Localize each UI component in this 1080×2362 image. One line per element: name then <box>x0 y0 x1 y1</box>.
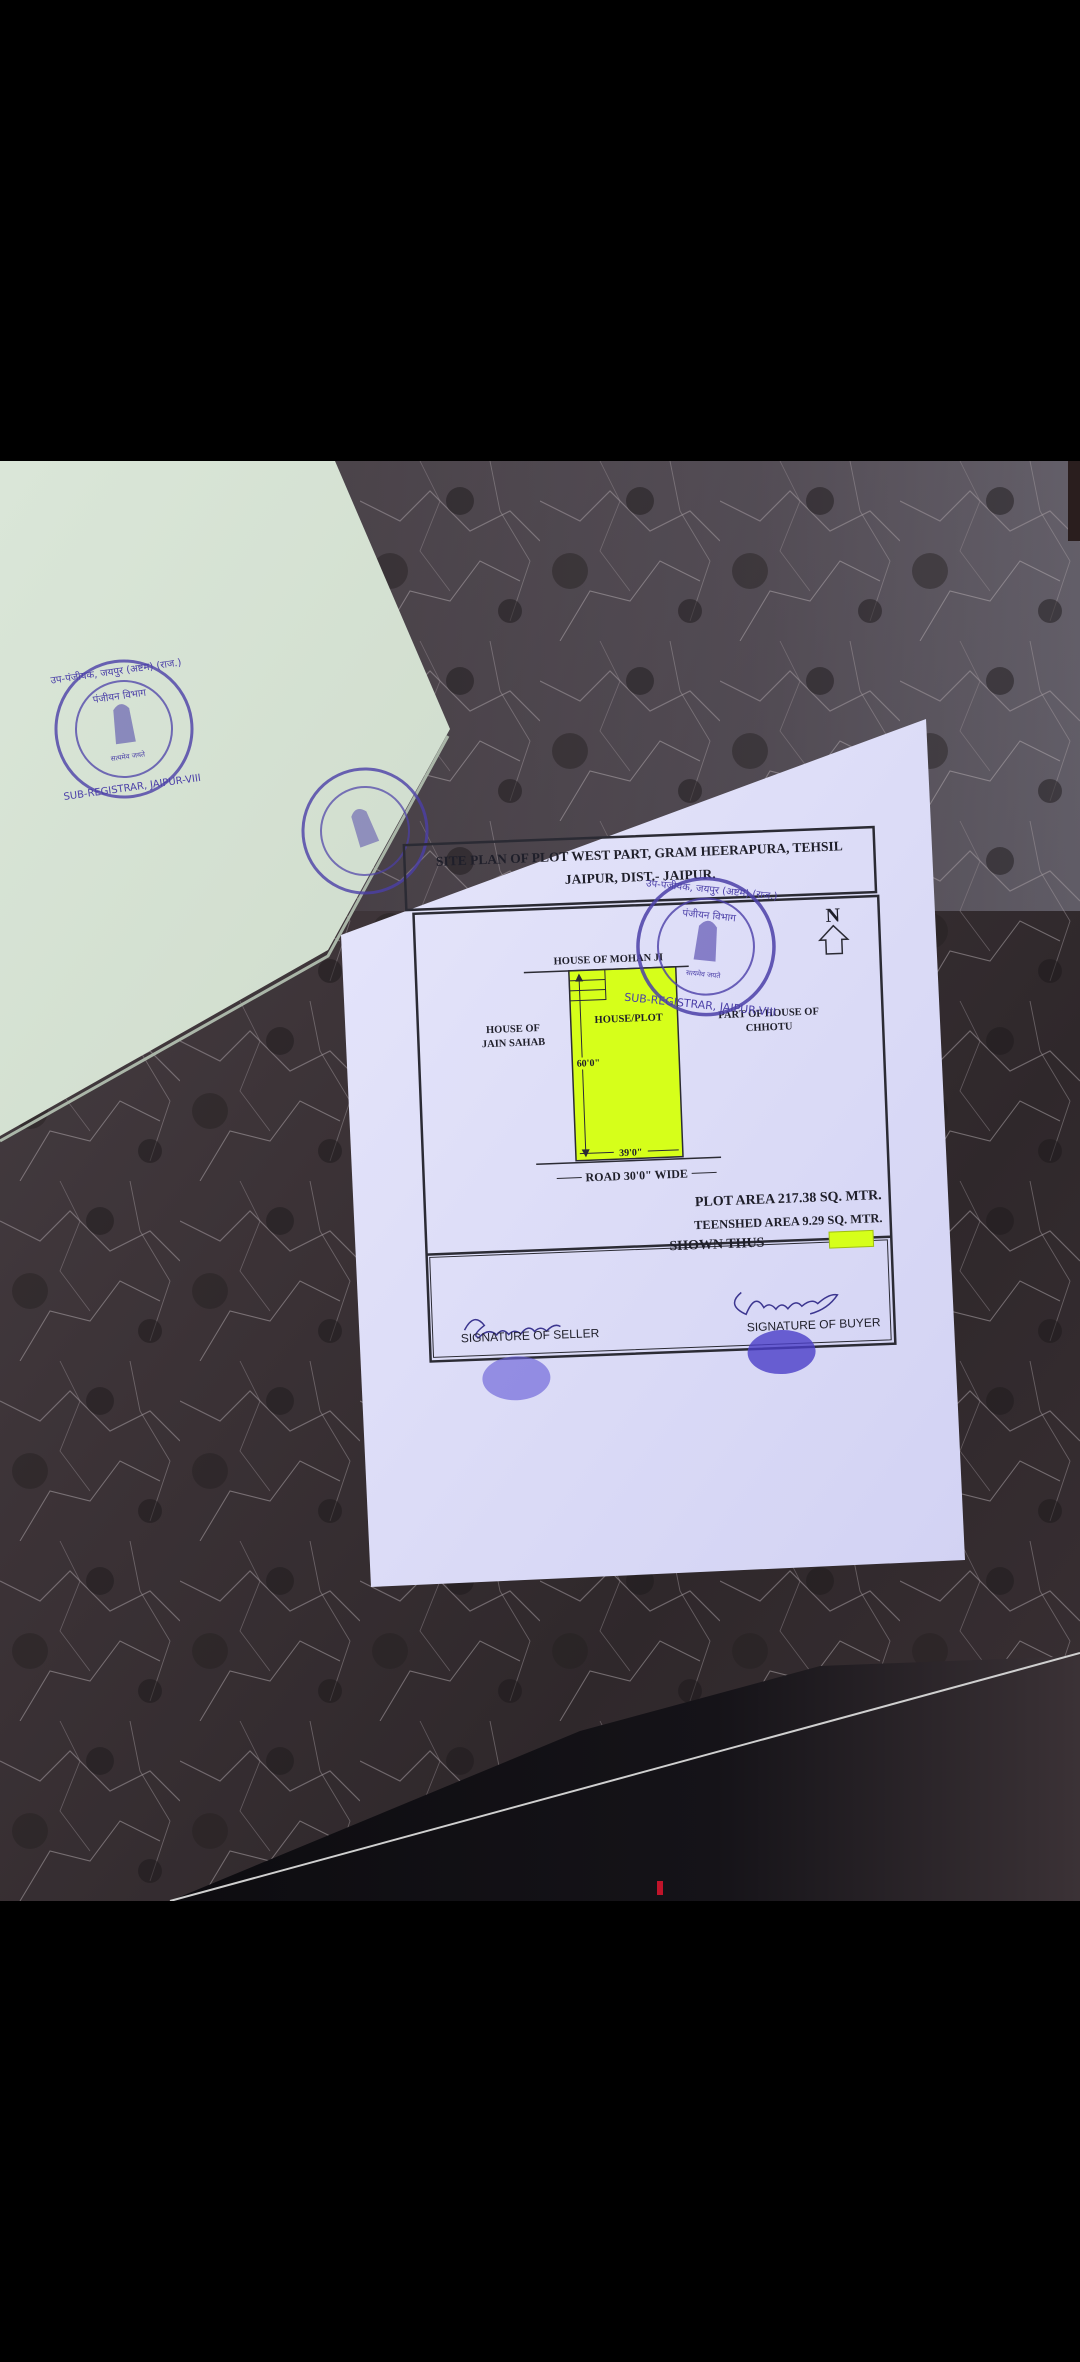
svg-text:HOUSE OF: HOUSE OF <box>486 1023 540 1036</box>
svg-text:CHHOTU: CHHOTU <box>746 1021 793 1034</box>
depth-dimension: 60'0" <box>577 1058 601 1070</box>
legend-swatch <box>829 1230 874 1248</box>
width-dimension: 39'0" <box>619 1147 643 1159</box>
north-label: N <box>825 904 841 927</box>
photograph: पंजीयन विभाग सत्यमेव जयते उप-पंजीयक, जयप… <box>0 461 1080 1901</box>
